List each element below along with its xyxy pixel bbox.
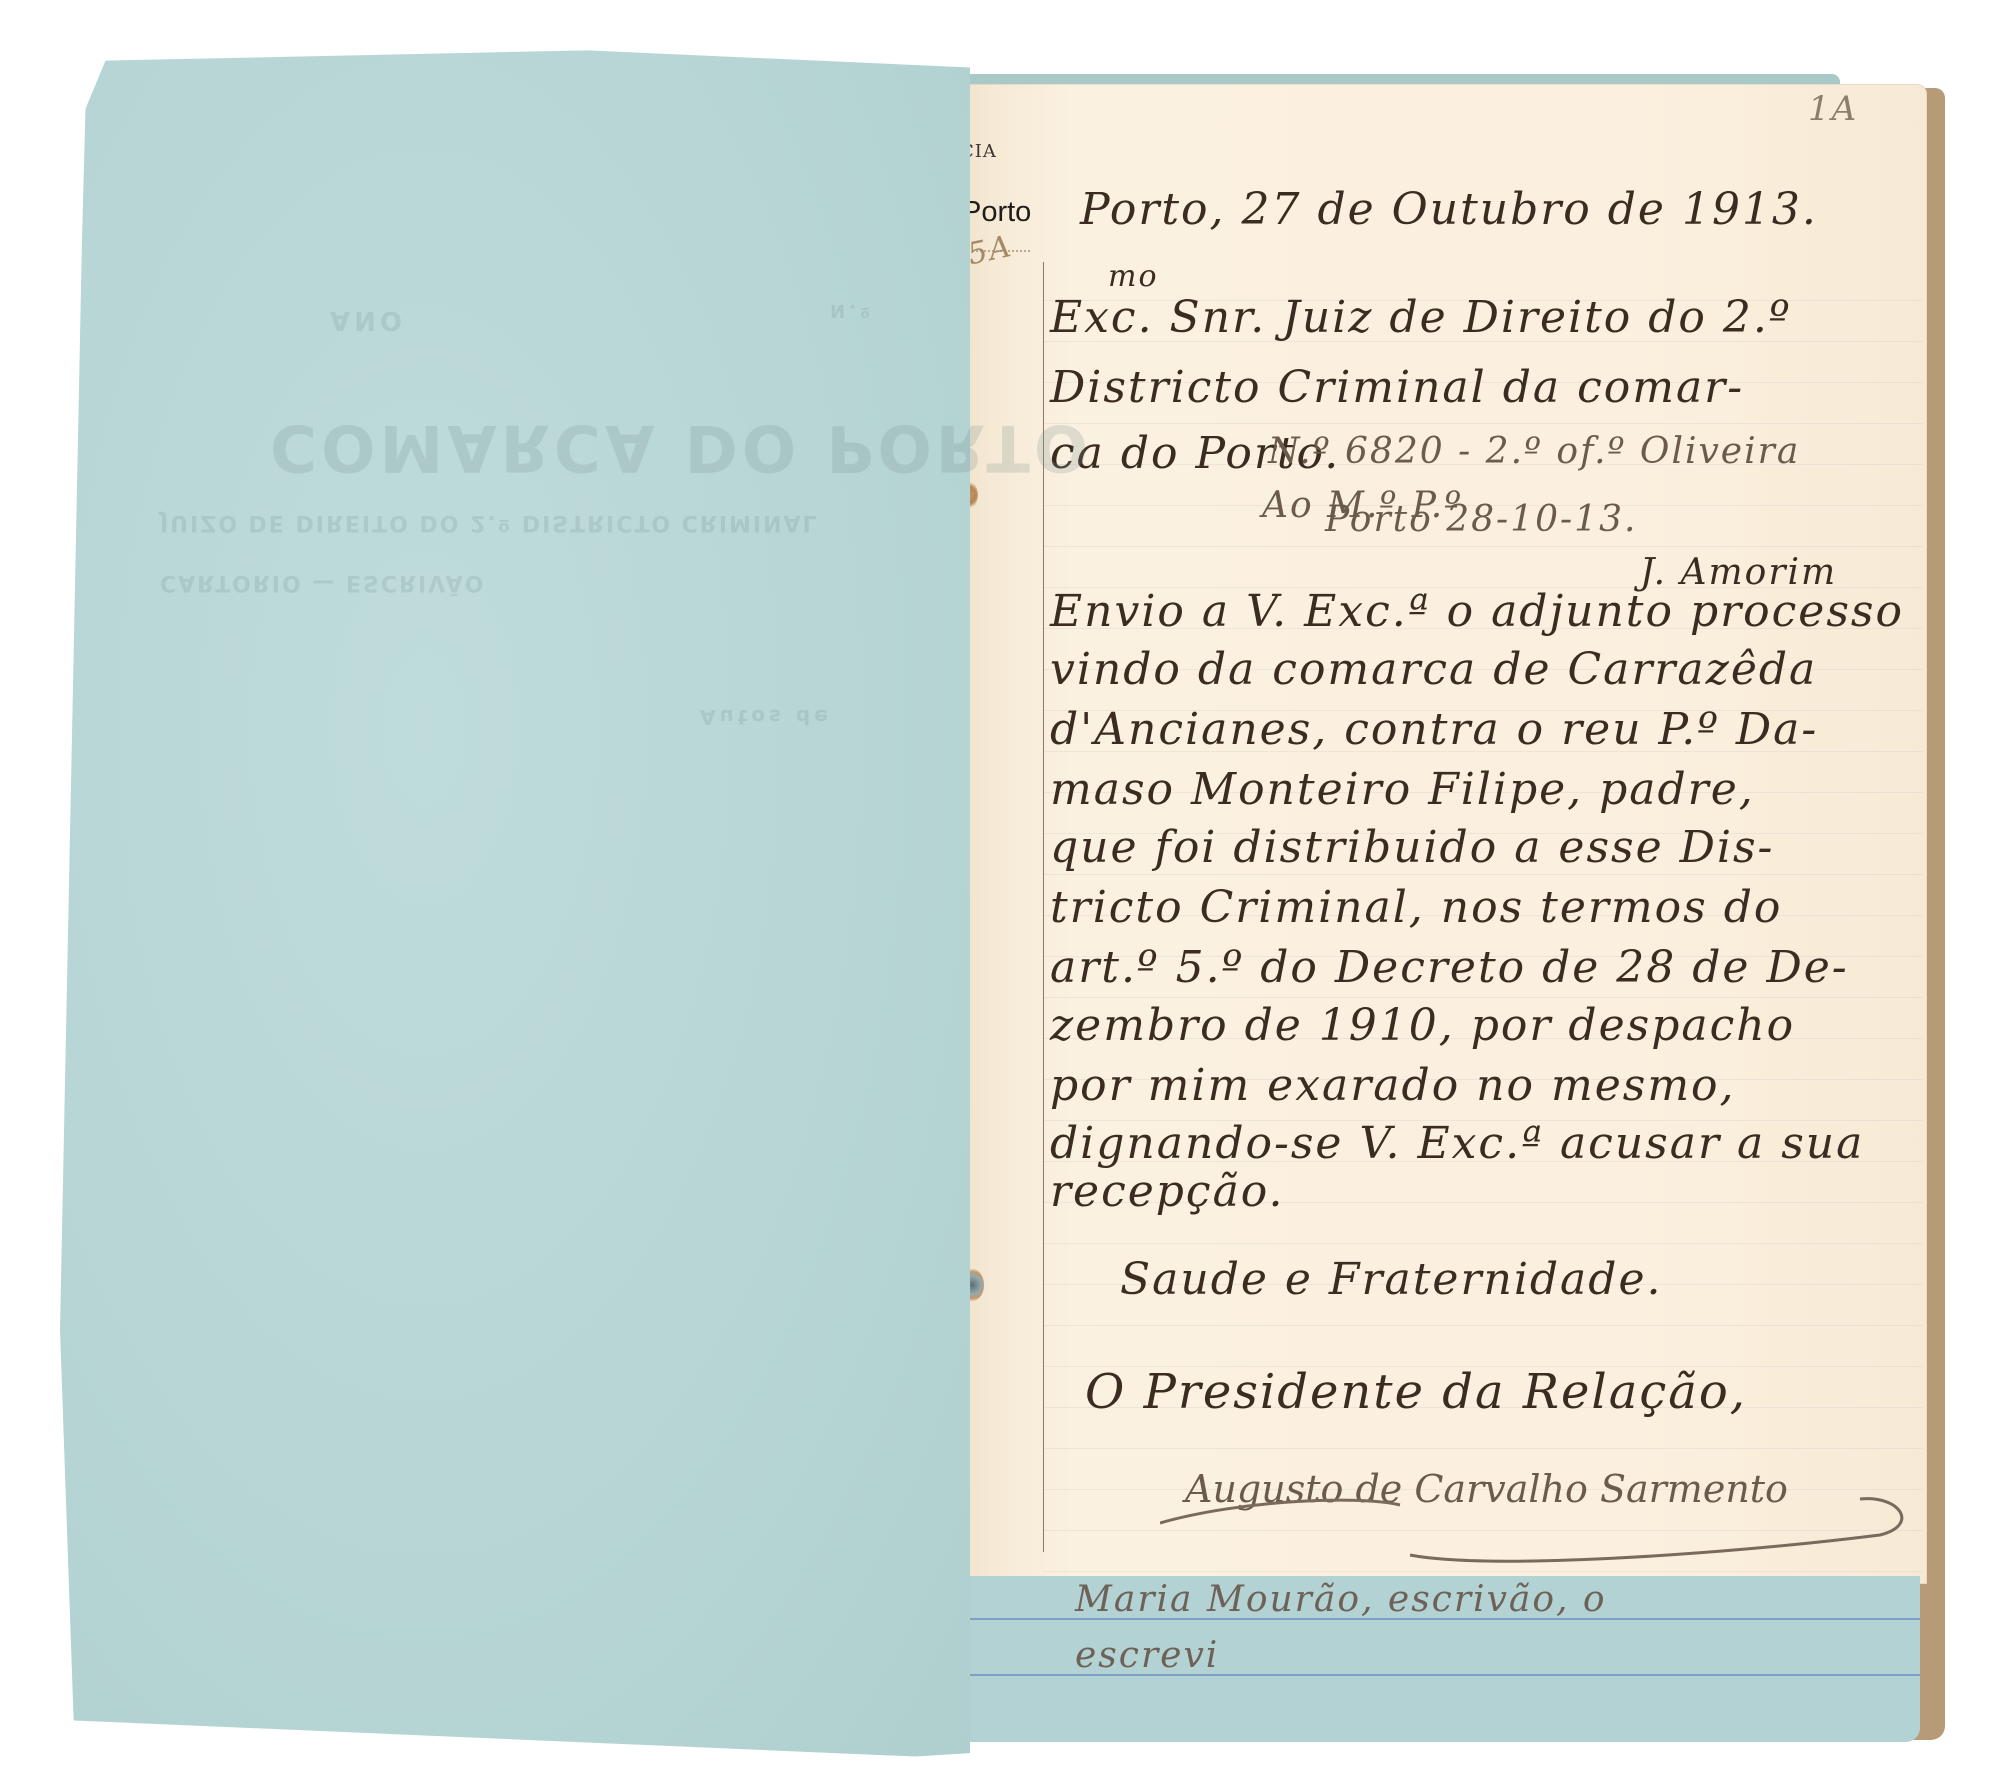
registry-place-date: Porto 28-10-13. (1325, 502, 1637, 538)
body-line-4: maso Monteiro Filipe, padre, (1050, 768, 1755, 812)
blue-cover-sheet[interactable] (60, 40, 970, 1760)
body-line-9: por mim exarado no mesmo, (1050, 1064, 1736, 1108)
cover-ghost-subtitle: JUIZO DE DIREITO DO 2.º DISTRICTO CRIMIN… (160, 510, 819, 535)
body-line-6: tricto Criminal, nos termos do (1050, 886, 1782, 930)
body-line-7: art.º 5.º do Decreto de 28 de De- (1050, 946, 1849, 990)
letterhead-city: Porto (962, 196, 1031, 229)
letterhead-annotation: 5A (965, 232, 1015, 271)
body-line-3: d'Ancianes, contra o reu P.º Da- (1050, 708, 1818, 752)
strip-line-1: Maria Mourão, escrivão, o (1075, 1582, 1607, 1618)
registry-number: N.º 6820 - 2.º of.º Oliveira (1268, 434, 1800, 470)
cover-ghost-autos: Autos de (700, 705, 832, 729)
strip-line-2: escrevi (1075, 1638, 1219, 1674)
addressee-line-2: Districto Criminal da comar- (1050, 366, 1744, 410)
body-line-5: que foi distribuido a esse Dis- (1050, 826, 1774, 870)
body-line-2: vindo da comarca de Carrazêda (1050, 648, 1817, 692)
body-line-10: dignando-se V. Exc.ª acusar a sua (1050, 1122, 1864, 1166)
signatory-title: O Presidente da Relação, (1085, 1368, 1747, 1416)
closing-line: Saude e Fraternidade. (1120, 1258, 1662, 1302)
cover-ghost-year: ANO (330, 305, 406, 335)
cover-ghost-subtitle-2: CARTORIO — ESCRIVÃO (160, 570, 485, 595)
signature-flourish-icon (1160, 1495, 1920, 1575)
body-line-1: Envio a V. Exc.ª o adjunto processo (1050, 590, 1904, 634)
addressee-line-1: Exc. Snr. Juiz de Direito do 2.º (1050, 296, 1792, 340)
cover-ghost-number: N.º (830, 300, 874, 321)
body-line-8: zembro de 1910, por despacho (1050, 1004, 1795, 1048)
cover-ghost-title: COMARCA DO PORTO (270, 410, 1092, 484)
letter-dateline: Porto, 27 de Outubro de 1913. (1080, 188, 1818, 232)
folio-number: 1A (1808, 92, 1858, 126)
salutation-superscript: mo (1108, 262, 1159, 292)
body-line-11: recepção. (1050, 1170, 1285, 1214)
